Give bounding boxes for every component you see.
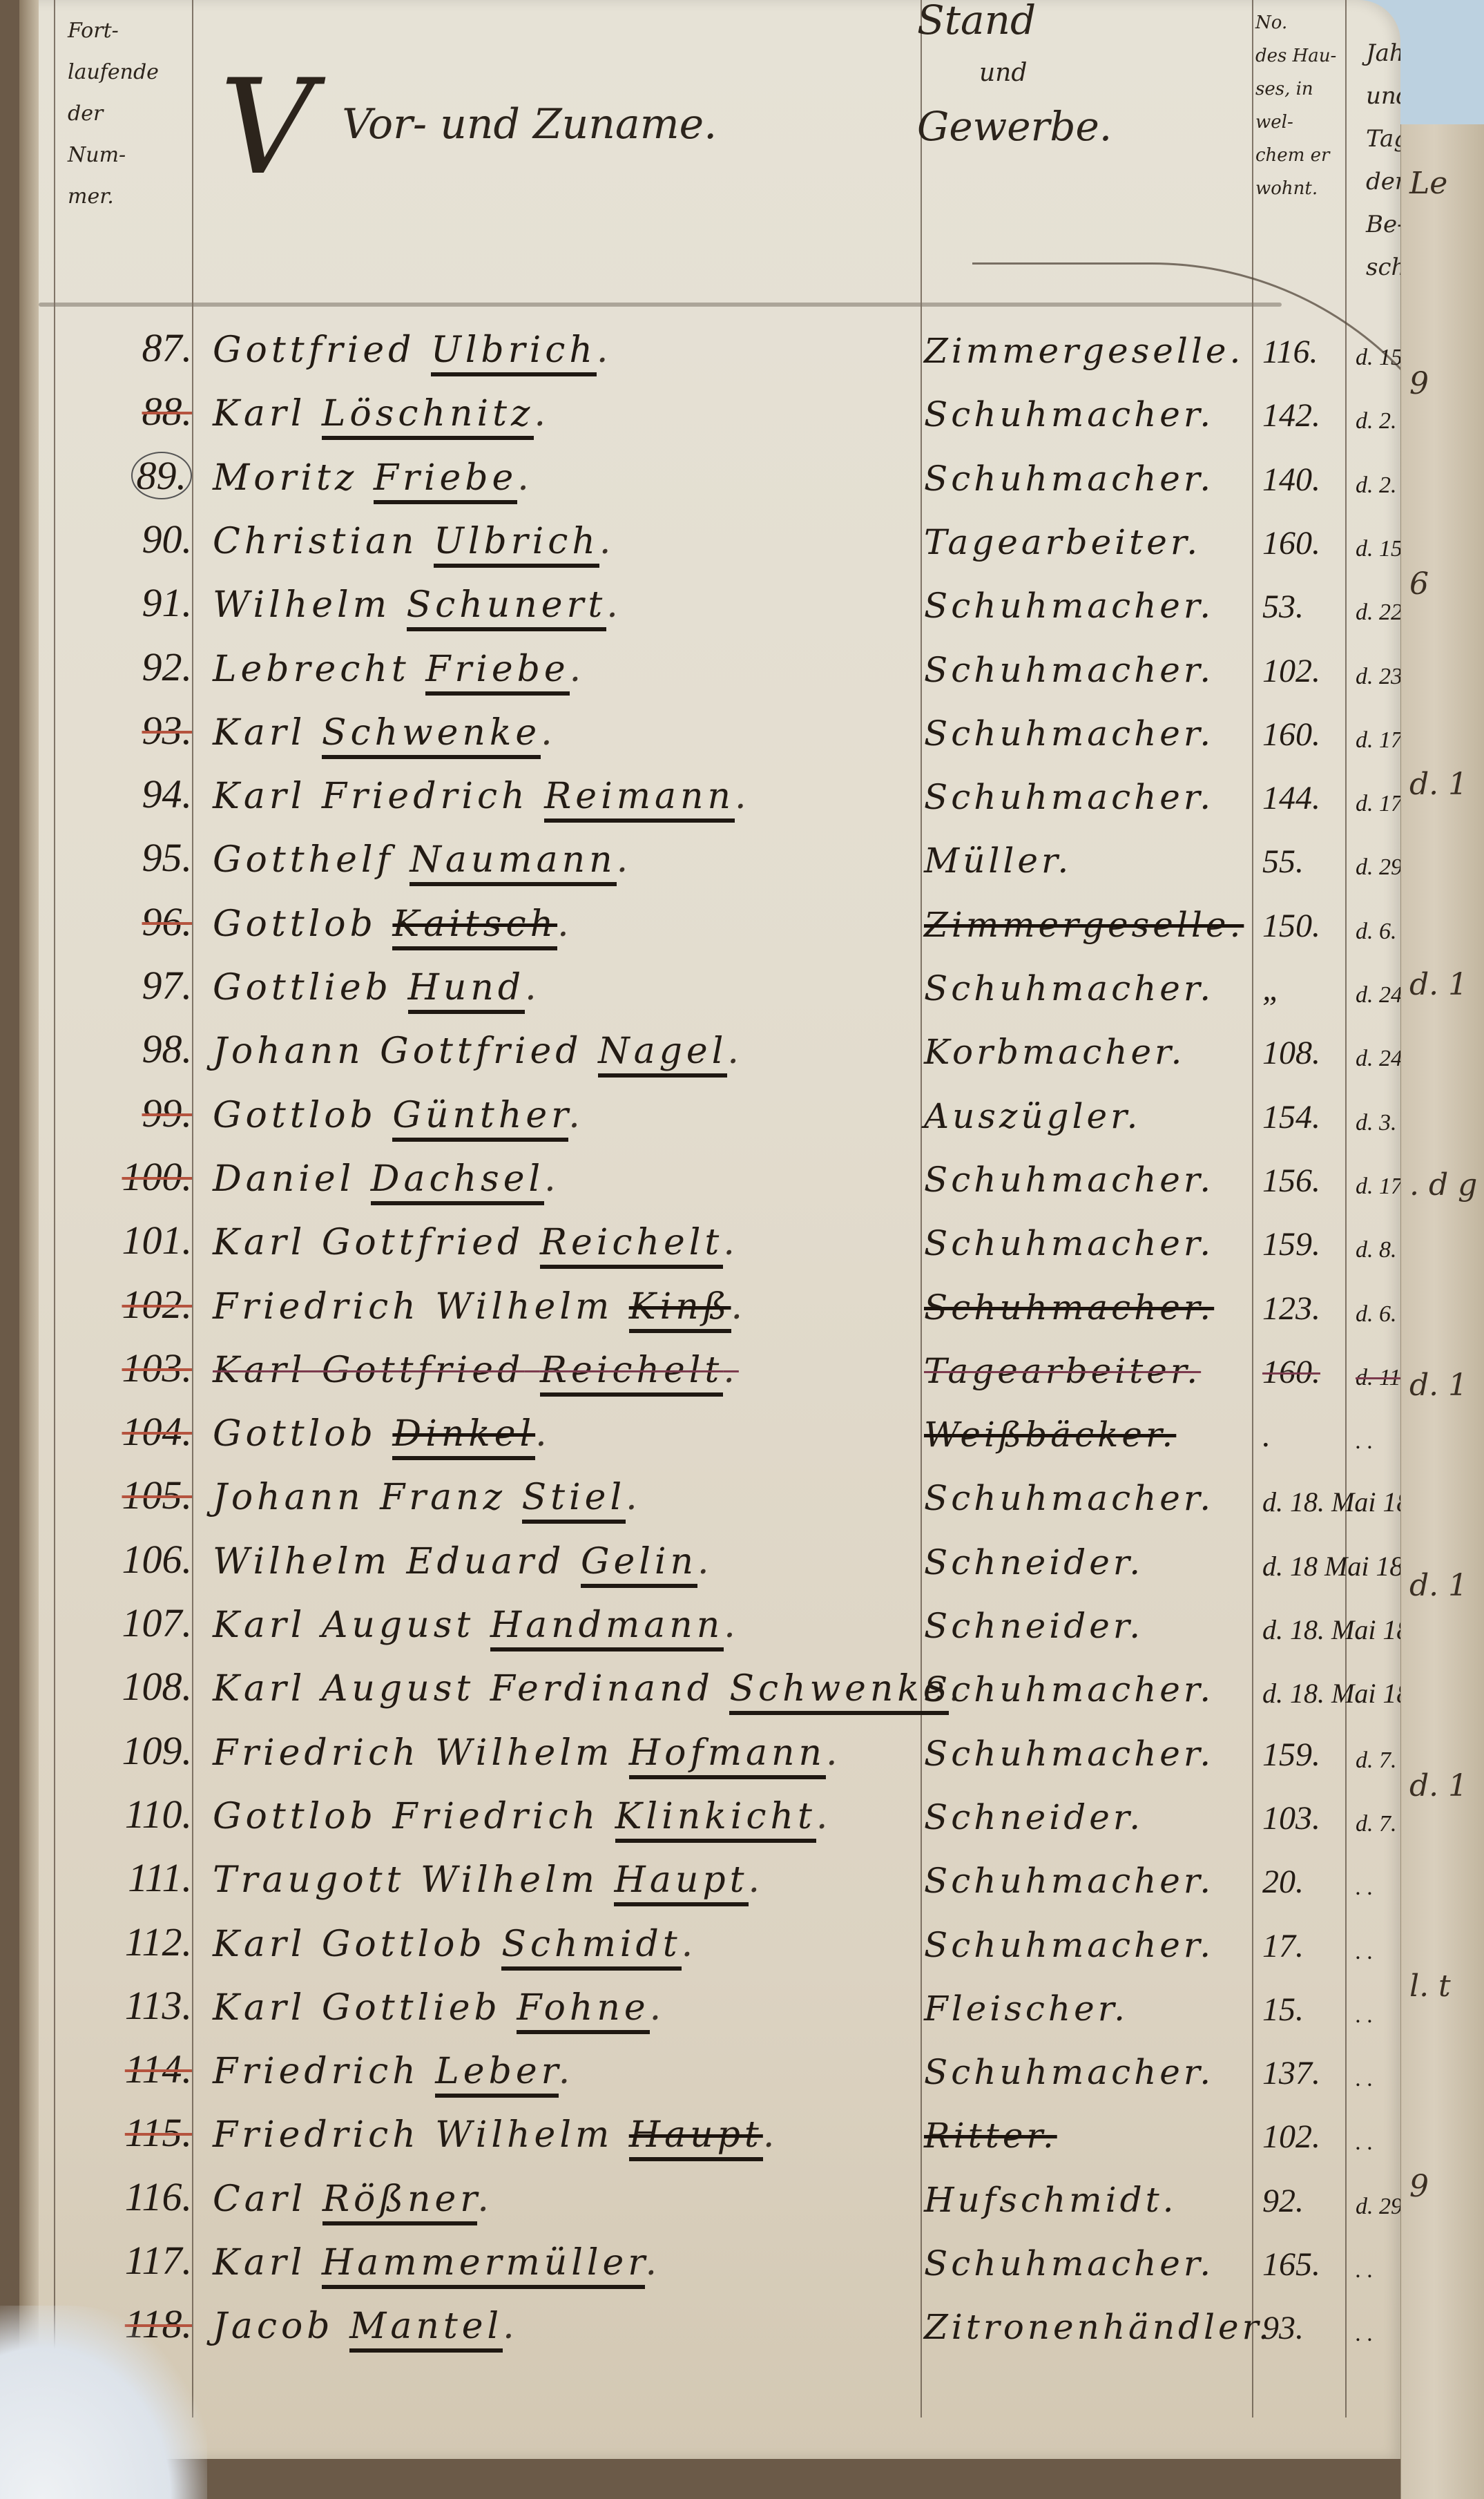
table-row: 94.Karl Friedrich Reimann.Schuhmacher.14… xyxy=(19,771,1400,823)
occupation: Schneider. xyxy=(924,1542,1144,1582)
table-row: 108.Karl August Ferdinand Schwenke.Schuh… xyxy=(19,1663,1400,1715)
entry-number: 98. xyxy=(75,1026,192,1072)
surname: Stiel xyxy=(522,1477,626,1524)
surname: Reichelt xyxy=(540,1222,723,1269)
entry-number-text: 91. xyxy=(142,580,193,625)
table-row: 88.Karl Löschnitz.Schuhmacher.142.d. 2. … xyxy=(19,388,1400,440)
entry-number: 105. xyxy=(75,1472,192,1518)
entry-number-text: 107. xyxy=(122,1600,193,1645)
surname: Günther xyxy=(392,1095,568,1142)
occupation: Tagearbeiter. xyxy=(924,1351,1201,1391)
entry-number-text: 114. xyxy=(125,2047,192,2091)
entry-number-text: 103. xyxy=(122,1346,193,1390)
surname: Löschnitz xyxy=(322,393,534,440)
entry-number-text: 116. xyxy=(125,2174,192,2219)
entry-number: 90. xyxy=(75,516,192,562)
surname: Reimann xyxy=(544,776,735,823)
occupation: Schuhmacher. xyxy=(924,1669,1214,1710)
house-number: 140. xyxy=(1262,461,1352,499)
house-number: . xyxy=(1262,1417,1352,1455)
surname: Mantel xyxy=(349,2306,503,2353)
given-names: Gotthelf xyxy=(213,839,394,881)
table-row: 103.Karl Gottfried Reichelt.Tagearbeiter… xyxy=(19,1345,1400,1397)
surname: Hund xyxy=(408,967,526,1014)
header-text: mer. xyxy=(68,186,178,207)
occupation: Schuhmacher. xyxy=(924,1223,1214,1263)
header-text: Num- xyxy=(68,145,178,166)
entry-number-text: 90. xyxy=(142,517,193,562)
person-name: Karl Gottfried Reichelt. xyxy=(213,1350,739,1391)
occupation: Müller. xyxy=(924,841,1072,881)
person-name: Gottlob Friedrich Klinkicht. xyxy=(213,1796,831,1837)
registration-date: d. 23. Mai xyxy=(1356,664,1400,690)
given-names: Karl xyxy=(213,2242,306,2283)
person-name: Karl August Handmann. xyxy=(213,1605,740,1646)
header-text: No. xyxy=(1255,14,1338,32)
house-number: d. 18. Mai 184. xyxy=(1262,1614,1352,1646)
given-names: Karl August Ferdinand xyxy=(213,1668,714,1710)
entry-number: 115. xyxy=(75,2109,192,2156)
house-number: d. 18. Mai 184. xyxy=(1262,1677,1352,1710)
registration-date: d. 6. Dec. xyxy=(1356,919,1400,945)
entry-number-text: 117. xyxy=(125,2238,192,2283)
adjacent-page: Le96d. 1d. 1. d gd. 1d. 1d. 1l. t9 xyxy=(1400,124,1484,2499)
person-name: Karl Hammermüller. xyxy=(213,2242,661,2283)
surname: Handmann xyxy=(490,1605,724,1651)
person-name: Karl Gottfried Reichelt. xyxy=(213,1222,739,1263)
house-number: 160. xyxy=(1262,524,1352,562)
occupation: Schuhmacher. xyxy=(924,2052,1214,2092)
registration-date: d. 11. Mai xyxy=(1356,1365,1400,1391)
given-names: Karl Friedrich xyxy=(213,776,529,817)
header-trade-column: Stand und Gewerbe. xyxy=(917,0,1112,167)
surname: Reichelt xyxy=(540,1350,723,1397)
person-name: Karl Friedrich Reimann. xyxy=(213,776,751,817)
table-row: 111.Traugott Wilhelm Haupt.Schuhmacher.2… xyxy=(19,1855,1400,1906)
house-number: 92. xyxy=(1262,2182,1352,2220)
entry-number-text: 113. xyxy=(125,1983,192,2028)
entry-number: 95. xyxy=(75,834,192,881)
person-name: Johann Franz Stiel. xyxy=(213,1477,642,1518)
table-row: 104.Gottlob Dinkel.Weißbäcker... . xyxy=(19,1408,1400,1460)
registration-date: d. 17. Mai xyxy=(1356,791,1400,817)
table-row: 112.Karl Gottlob Schmidt.Schuhmacher.17.… xyxy=(19,1919,1400,1971)
entry-number-text: 87. xyxy=(142,325,193,370)
entry-number-text: 111. xyxy=(128,1855,192,1900)
header-text: wel- xyxy=(1255,113,1338,131)
registration-date: d. 24. Aug. xyxy=(1356,1046,1400,1072)
registration-date: . . xyxy=(1356,2321,1374,2347)
house-number: 137. xyxy=(1262,2054,1352,2092)
surname: Friebe xyxy=(374,457,517,504)
given-names: Karl xyxy=(213,712,306,754)
table-row: 92.Lebrecht Friebe.Schuhmacher.102.d. 23… xyxy=(19,644,1400,696)
given-names: Gottlieb xyxy=(213,967,392,1008)
given-names: Carl xyxy=(213,2179,307,2220)
header-name-column: VVor- und Zuname. xyxy=(220,62,717,193)
surname: Hammermüller xyxy=(322,2242,646,2289)
given-names: Friedrich Wilhelm xyxy=(213,2114,613,2156)
table-row: 89.Moritz Friebe.Schuhmacher.140.d. 2. J… xyxy=(19,452,1400,504)
table-row: 87.Gottfried Ulbrich.Zimmergeselle.116.d… xyxy=(19,325,1400,376)
header-text: Jahr xyxy=(1366,41,1400,65)
given-names: Moritz xyxy=(213,457,358,499)
occupation: Tagearbeiter. xyxy=(924,522,1201,562)
person-name: Gottlieb Hund. xyxy=(213,967,541,1008)
table-row: 114.Friedrich Leber.Schuhmacher.137.. . xyxy=(19,2046,1400,2098)
table-row: 98.Johann Gottfried Nagel.Korbmacher.108… xyxy=(19,1026,1400,1078)
house-number: 55. xyxy=(1262,843,1352,881)
house-number: 15. xyxy=(1262,1991,1352,2029)
registration-date: . . xyxy=(1356,2066,1374,2092)
given-names: Friedrich Wilhelm xyxy=(213,1286,613,1328)
person-name: Daniel Dachsel. xyxy=(213,1158,560,1200)
header-text: Gewerbe. xyxy=(917,106,1112,146)
surname: Haupt xyxy=(629,2114,763,2161)
table-row: 99.Gottlob Günther.Auszügler.154.d. 3. J… xyxy=(19,1090,1400,1142)
registration-date: d. 7. Juni xyxy=(1356,1811,1400,1837)
surname: Schwenke xyxy=(322,712,541,759)
occupation: Schuhmacher. xyxy=(924,777,1214,817)
entry-number-text: 105. xyxy=(122,1473,193,1517)
surname: Ulbrich xyxy=(431,329,597,376)
entry-number: 108. xyxy=(75,1663,192,1710)
header-text: wohnt. xyxy=(1255,180,1338,198)
registration-date: d. 2. Juni xyxy=(1356,408,1400,434)
person-name: Carl Rößner. xyxy=(213,2179,493,2220)
entry-number: 99. xyxy=(75,1090,192,1136)
header-text: Tag xyxy=(1366,127,1400,151)
header-text: Fort- xyxy=(68,21,178,41)
given-names: Jacob xyxy=(213,2306,334,2347)
registration-date: d. 24. Aug. xyxy=(1356,982,1400,1008)
entry-number-text: 109. xyxy=(122,1728,193,1773)
person-name: Karl Gottlieb Fohne. xyxy=(213,1987,665,2029)
house-number: 93. xyxy=(1262,2309,1352,2347)
registration-date: d. 15. Febr. xyxy=(1356,536,1400,562)
registration-date: . . xyxy=(1356,1875,1374,1901)
entry-number: 114. xyxy=(75,2046,192,2092)
entry-number-text: 98. xyxy=(142,1026,193,1071)
given-names: Karl August xyxy=(213,1605,474,1646)
person-name: Karl Gottlob Schmidt. xyxy=(213,1924,697,1965)
adjacent-page-text: d. 1 xyxy=(1409,1368,1467,1403)
adjacent-page-text: d. 1 xyxy=(1409,1568,1467,1603)
entry-number: 107. xyxy=(75,1600,192,1646)
adjacent-page-text: 6 xyxy=(1409,566,1429,602)
given-names: Traugott Wilhelm xyxy=(213,1859,599,1901)
occupation: Schuhmacher. xyxy=(924,586,1214,626)
header-text: und xyxy=(1366,84,1400,108)
entry-number: 117. xyxy=(75,2237,192,2283)
registration-date: d. 8. Juni xyxy=(1356,1237,1400,1263)
header-house-column: No. des Hau- ses, in wel- chem er wohnt. xyxy=(1255,14,1338,213)
table-row: 115.Friedrich Wilhelm Haupt.Ritter.102..… xyxy=(19,2109,1400,2161)
person-name: Friedrich Wilhelm Hofmann. xyxy=(213,1732,842,1774)
house-number: 159. xyxy=(1262,1225,1352,1263)
house-number: 160. xyxy=(1262,716,1352,754)
table-row: 93.Karl Schwenke.Schuhmacher.160.d. 17. … xyxy=(19,707,1400,759)
occupation: Schuhmacher. xyxy=(924,1925,1214,1965)
person-name: Moritz Friebe. xyxy=(213,457,533,499)
entry-number-text: 94. xyxy=(142,772,193,816)
table-row: 117.Karl Hammermüller.Schuhmacher.165.. … xyxy=(19,2237,1400,2289)
surname: Fohne xyxy=(517,1987,649,2034)
house-number: 150. xyxy=(1262,907,1352,945)
occupation: Schuhmacher. xyxy=(924,1734,1214,1774)
person-name: Karl Schwenke. xyxy=(213,712,557,754)
header-text: schrei- xyxy=(1366,256,1400,279)
adjacent-page-text: d. 1 xyxy=(1409,1768,1467,1803)
occupation: Schuhmacher. xyxy=(924,1160,1214,1200)
table-row: 106.Wilhelm Eduard Gelin.Schneider.d. 18… xyxy=(19,1536,1400,1588)
header-text: des Hau- xyxy=(1255,47,1338,65)
header-year-column: Jahr und Tag der Be- schrei- xyxy=(1366,41,1400,298)
person-name: Friedrich Wilhelm Kinß. xyxy=(213,1286,746,1328)
surname: Klinkicht xyxy=(615,1796,816,1843)
entry-number: 97. xyxy=(75,962,192,1008)
header-text: Stand xyxy=(917,0,1112,40)
entry-number: 106. xyxy=(75,1536,192,1582)
surname: Kaitsch xyxy=(392,903,557,950)
entry-number: 116. xyxy=(75,2174,192,2220)
header-text: der xyxy=(68,104,178,124)
entry-number: 88. xyxy=(75,388,192,434)
given-names: Karl Gottlob xyxy=(213,1924,486,1965)
person-name: Gottlob Kaitsch. xyxy=(213,903,573,945)
entry-number: 91. xyxy=(75,580,192,626)
house-number: 160. xyxy=(1262,1353,1352,1391)
entry-number: 110. xyxy=(75,1791,192,1837)
surname: Schwenke xyxy=(729,1668,948,1715)
entry-number-text: 102. xyxy=(122,1282,193,1327)
given-names: Johann Franz xyxy=(213,1477,506,1518)
house-number: d. 18 Mai 184. xyxy=(1262,1550,1352,1582)
occupation: Zimmergeselle. xyxy=(924,331,1244,371)
header-text: Be- xyxy=(1366,213,1400,236)
adjacent-page-text: . d g xyxy=(1409,1167,1477,1203)
registration-date: . . xyxy=(1356,2002,1374,2029)
person-name: Wilhelm Schunert. xyxy=(213,584,622,626)
entry-number-text: 89. xyxy=(131,452,193,499)
surname: Leber xyxy=(435,2051,559,2098)
table-row: 105.Johann Franz Stiel.Schuhmacher.d. 18… xyxy=(19,1472,1400,1524)
registration-date: d. 29. Mai xyxy=(1356,854,1400,881)
surname: Schmidt xyxy=(501,1924,681,1971)
table-row: 97.Gottlieb Hund.Schuhmacher.„d. 24. Aug… xyxy=(19,962,1400,1014)
table-row: 116.Carl Rößner.Hufschmidt.92.d. 29. Mai xyxy=(19,2174,1400,2225)
person-name: Jacob Mantel. xyxy=(213,2306,519,2347)
house-number: 144. xyxy=(1262,779,1352,817)
registration-date: d. 2. Juni xyxy=(1356,472,1400,499)
house-number: d. 18. Mai 184. xyxy=(1262,1486,1352,1518)
adjacent-page-text: 9 xyxy=(1409,366,1429,401)
surname: Dachsel xyxy=(371,1158,544,1205)
header-text: ses, in xyxy=(1255,80,1338,98)
entry-number-text: 99. xyxy=(142,1091,193,1136)
entry-number-text: 110. xyxy=(125,1792,192,1837)
table-row: 110.Gottlob Friedrich Klinkicht.Schneide… xyxy=(19,1791,1400,1843)
table-row: 113.Karl Gottlieb Fohne.Fleischer.15.. . xyxy=(19,1982,1400,2034)
house-number: 102. xyxy=(1262,652,1352,690)
registration-date: d. 17. Mai xyxy=(1356,727,1400,754)
entry-number: 96. xyxy=(75,899,192,945)
given-names: Gottlob Friedrich xyxy=(213,1796,599,1837)
table-row: 90.Christian Ulbrich.Tagearbeiter.160.d.… xyxy=(19,516,1400,568)
occupation: Schuhmacher. xyxy=(924,2243,1214,2283)
occupation: Schuhmacher. xyxy=(924,714,1214,754)
registration-date: . . xyxy=(1356,1428,1374,1455)
house-number: 116. xyxy=(1262,333,1352,371)
person-name: Karl August Ferdinand Schwenke. xyxy=(213,1668,964,1710)
adjacent-page-text: 9 xyxy=(1409,2169,1429,2204)
surname: Kinß xyxy=(629,1286,731,1333)
registration-date: . . xyxy=(1356,2129,1374,2156)
person-name: Gotthelf Naumann. xyxy=(213,839,632,881)
surname: Gelin xyxy=(581,1541,697,1588)
given-names: Friedrich Wilhelm xyxy=(213,1732,613,1774)
given-names: Daniel xyxy=(213,1158,355,1200)
registration-date: d. 29. Mai xyxy=(1356,2194,1400,2220)
registration-date: d. 6. Juni xyxy=(1356,1301,1400,1328)
table-row: 107.Karl August Handmann.Schneider.d. 18… xyxy=(19,1600,1400,1651)
given-names: Karl xyxy=(213,393,306,434)
occupation: Schneider. xyxy=(924,1797,1144,1837)
house-number: 17. xyxy=(1262,1927,1352,1965)
table-row: 100.Daniel Dachsel.Schuhmacher.156.d. 17… xyxy=(19,1153,1400,1205)
given-names: Friedrich xyxy=(213,2051,420,2092)
entry-number-text: 88. xyxy=(142,389,193,434)
header-text: chem er xyxy=(1255,146,1338,164)
adjacent-page-text: d. 1 xyxy=(1409,767,1467,802)
header-number-column: Fort- laufende der Num- mer. xyxy=(68,21,178,228)
entry-number-text: 108. xyxy=(122,1664,193,1709)
entry-number: 103. xyxy=(75,1345,192,1391)
header-text: Vor- und Zuname. xyxy=(342,100,717,149)
occupation: Schuhmacher. xyxy=(924,968,1214,1008)
house-number: 159. xyxy=(1262,1736,1352,1774)
occupation: Weißbäcker. xyxy=(924,1415,1176,1455)
occupation: Zimmergeselle. xyxy=(924,905,1244,945)
entry-number: 112. xyxy=(75,1919,192,1965)
entry-number-text: 115. xyxy=(125,2110,192,2155)
surname: Schunert xyxy=(407,584,607,631)
occupation: Schuhmacher. xyxy=(924,394,1214,434)
occupation: Schuhmacher. xyxy=(924,459,1214,499)
table-row: 109.Friedrich Wilhelm Hofmann.Schuhmache… xyxy=(19,1727,1400,1779)
house-number: 53. xyxy=(1262,588,1352,626)
person-name: Traugott Wilhelm Haupt. xyxy=(213,1859,764,1901)
header-text: der xyxy=(1366,170,1400,193)
occupation: Schneider. xyxy=(924,1606,1144,1646)
registration-date: d. 22. Mai xyxy=(1356,600,1400,626)
entry-number: 109. xyxy=(75,1727,192,1774)
entry-number: 87. xyxy=(75,325,192,371)
occupation: Korbmacher. xyxy=(924,1032,1185,1072)
ledger-page: Fort- laufende der Num- mer. VVor- und Z… xyxy=(19,0,1400,2459)
house-number: 154. xyxy=(1262,1098,1352,1136)
house-number: 156. xyxy=(1262,1162,1352,1200)
entry-number-text: 104. xyxy=(122,1409,193,1454)
house-number: 108. xyxy=(1262,1034,1352,1072)
person-name: Lebrecht Friebe. xyxy=(213,649,585,690)
person-name: Gottfried Ulbrich. xyxy=(213,329,612,371)
person-name: Wilhelm Eduard Gelin. xyxy=(213,1541,713,1582)
surname: Haupt xyxy=(614,1859,748,1906)
entry-number-text: 95. xyxy=(142,835,193,880)
entry-number: 93. xyxy=(75,707,192,754)
table-row: 102.Friedrich Wilhelm Kinß.Schuhmacher.1… xyxy=(19,1281,1400,1333)
table-row: 118.Jacob Mantel.Zitronenhändler.93.. . xyxy=(19,2301,1400,2353)
header-text: und xyxy=(979,61,1112,86)
house-number: 20. xyxy=(1262,1863,1352,1901)
surname: Rößner xyxy=(322,2179,478,2225)
adjacent-page-text: Le xyxy=(1409,166,1447,201)
surname: Hofmann xyxy=(629,1732,826,1779)
house-number: 123. xyxy=(1262,1290,1352,1328)
given-names: Johann Gottfried xyxy=(213,1031,583,1072)
occupation: Zitronenhändler. xyxy=(924,2307,1273,2347)
adjacent-page-text: l. t xyxy=(1409,1969,1451,2004)
given-names: Gottlob xyxy=(213,1413,377,1455)
entry-number: 94. xyxy=(75,771,192,817)
entry-number-text: 92. xyxy=(142,644,193,689)
entry-number-text: 97. xyxy=(142,963,193,1008)
given-names: Karl Gottlieb xyxy=(213,1987,501,2029)
house-number: „ xyxy=(1262,970,1352,1008)
header-text: laufende xyxy=(68,62,178,83)
house-number: 102. xyxy=(1262,2118,1352,2156)
person-name: Friedrich Wilhelm Haupt. xyxy=(213,2114,778,2156)
occupation: Hufschmidt. xyxy=(924,2180,1177,2220)
person-name: Johann Gottfried Nagel. xyxy=(213,1031,743,1072)
entry-number-text: 93. xyxy=(142,708,193,753)
entry-number-text: 96. xyxy=(142,899,193,944)
surname: Dinkel xyxy=(392,1413,535,1460)
occupation: Schuhmacher. xyxy=(924,1478,1214,1518)
person-name: Friedrich Leber. xyxy=(213,2051,574,2092)
surname: Naumann xyxy=(409,839,616,886)
surname: Friebe xyxy=(425,649,569,696)
entry-number-text: 106. xyxy=(122,1537,193,1582)
given-names: Gottlob xyxy=(213,1095,377,1136)
table-row: 96.Gottlob Kaitsch.Zimmergeselle.150.d. … xyxy=(19,899,1400,950)
surname: Ulbrich xyxy=(434,521,599,568)
entry-number: 89. xyxy=(75,452,192,499)
registration-date: d. 3. Juni xyxy=(1356,1110,1400,1136)
person-name: Gottlob Günther. xyxy=(213,1095,584,1136)
occupation: Ritter. xyxy=(924,2116,1057,2156)
occupation: Schuhmacher. xyxy=(924,650,1214,690)
occupation: Schuhmacher. xyxy=(924,1287,1214,1328)
registration-date: d. 15. Febr. xyxy=(1356,345,1400,371)
entry-number: 111. xyxy=(75,1855,192,1901)
entry-number: 102. xyxy=(75,1281,192,1328)
given-names: Wilhelm Eduard xyxy=(213,1541,565,1582)
entry-number: 113. xyxy=(75,1982,192,2029)
registration-date: . . xyxy=(1356,2257,1374,2283)
registration-date: d. 7. Juni xyxy=(1356,1748,1400,1774)
given-names: Lebrecht xyxy=(213,649,410,690)
given-names: Karl Gottfried xyxy=(213,1222,524,1263)
entry-number: 92. xyxy=(75,644,192,690)
occupation: Auszügler. xyxy=(924,1096,1141,1136)
entry-number-text: 101. xyxy=(122,1218,193,1263)
given-names: Christian xyxy=(213,521,418,562)
entry-number: 101. xyxy=(75,1217,192,1263)
table-row: 95.Gotthelf Naumann.Müller.55.d. 29. Mai xyxy=(19,834,1400,886)
given-names: Gottlob xyxy=(213,903,377,945)
